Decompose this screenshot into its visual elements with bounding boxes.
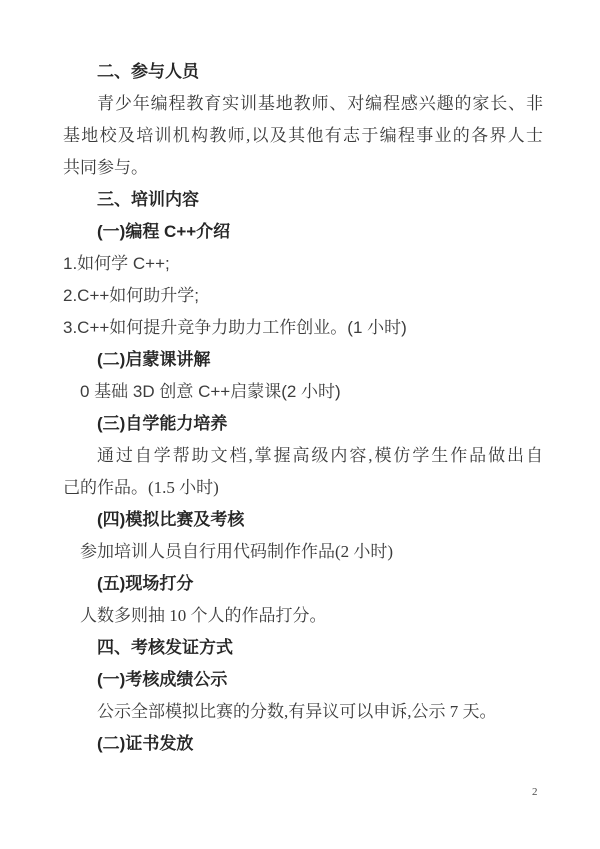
- document-line: (二)启蒙课讲解: [63, 344, 543, 376]
- document-line: 1.如何学 C++;: [63, 248, 543, 280]
- document-line: 公示全部模拟比赛的分数,有异议可以申诉,公示 7 天。: [63, 696, 543, 728]
- document-line: (五)现场打分: [63, 568, 543, 600]
- document-line: 参加培训人员自行用代码制作作品(2 小时): [63, 536, 543, 568]
- document-line: (一)编程 C++介绍: [63, 216, 543, 248]
- document-line: 基地校及培训机构教师,以及其他有志于编程事业的各界人士: [63, 120, 543, 152]
- document-line: 己的作品。(1.5 小时): [63, 472, 543, 504]
- document-line: 人数多则抽 10 个人的作品打分。: [63, 600, 543, 632]
- document-line: (一)考核成绩公示: [63, 664, 543, 696]
- document-line: 共同参与。: [63, 152, 543, 184]
- document-line: 青少年编程教育实训基地教师、对编程感兴趣的家长、非: [63, 88, 543, 120]
- document-line: 通过自学帮助文档,掌握高级内容,模仿学生作品做出自: [63, 440, 543, 472]
- document-line: (三)自学能力培养: [63, 408, 543, 440]
- document-line: 2.C++如何助升学;: [63, 280, 543, 312]
- document-lines: 二、参与人员青少年编程教育实训基地教师、对编程感兴趣的家长、非基地校及培训机构教…: [63, 56, 543, 760]
- document-line: (二)证书发放: [63, 728, 543, 760]
- document-line: 三、培训内容: [63, 184, 543, 216]
- document-line: 四、考核发证方式: [63, 632, 543, 664]
- document-line: 0 基础 3D 创意 C++启蒙课(2 小时): [63, 376, 543, 408]
- document-line: (四)模拟比赛及考核: [63, 504, 543, 536]
- page-number: 2: [532, 784, 538, 800]
- document-line: 3.C++如何提升竞争力助力工作创业。(1 小时): [63, 312, 543, 344]
- document-line: 二、参与人员: [63, 56, 543, 88]
- document-page: 二、参与人员青少年编程教育实训基地教师、对编程感兴趣的家长、非基地校及培训机构教…: [0, 0, 600, 849]
